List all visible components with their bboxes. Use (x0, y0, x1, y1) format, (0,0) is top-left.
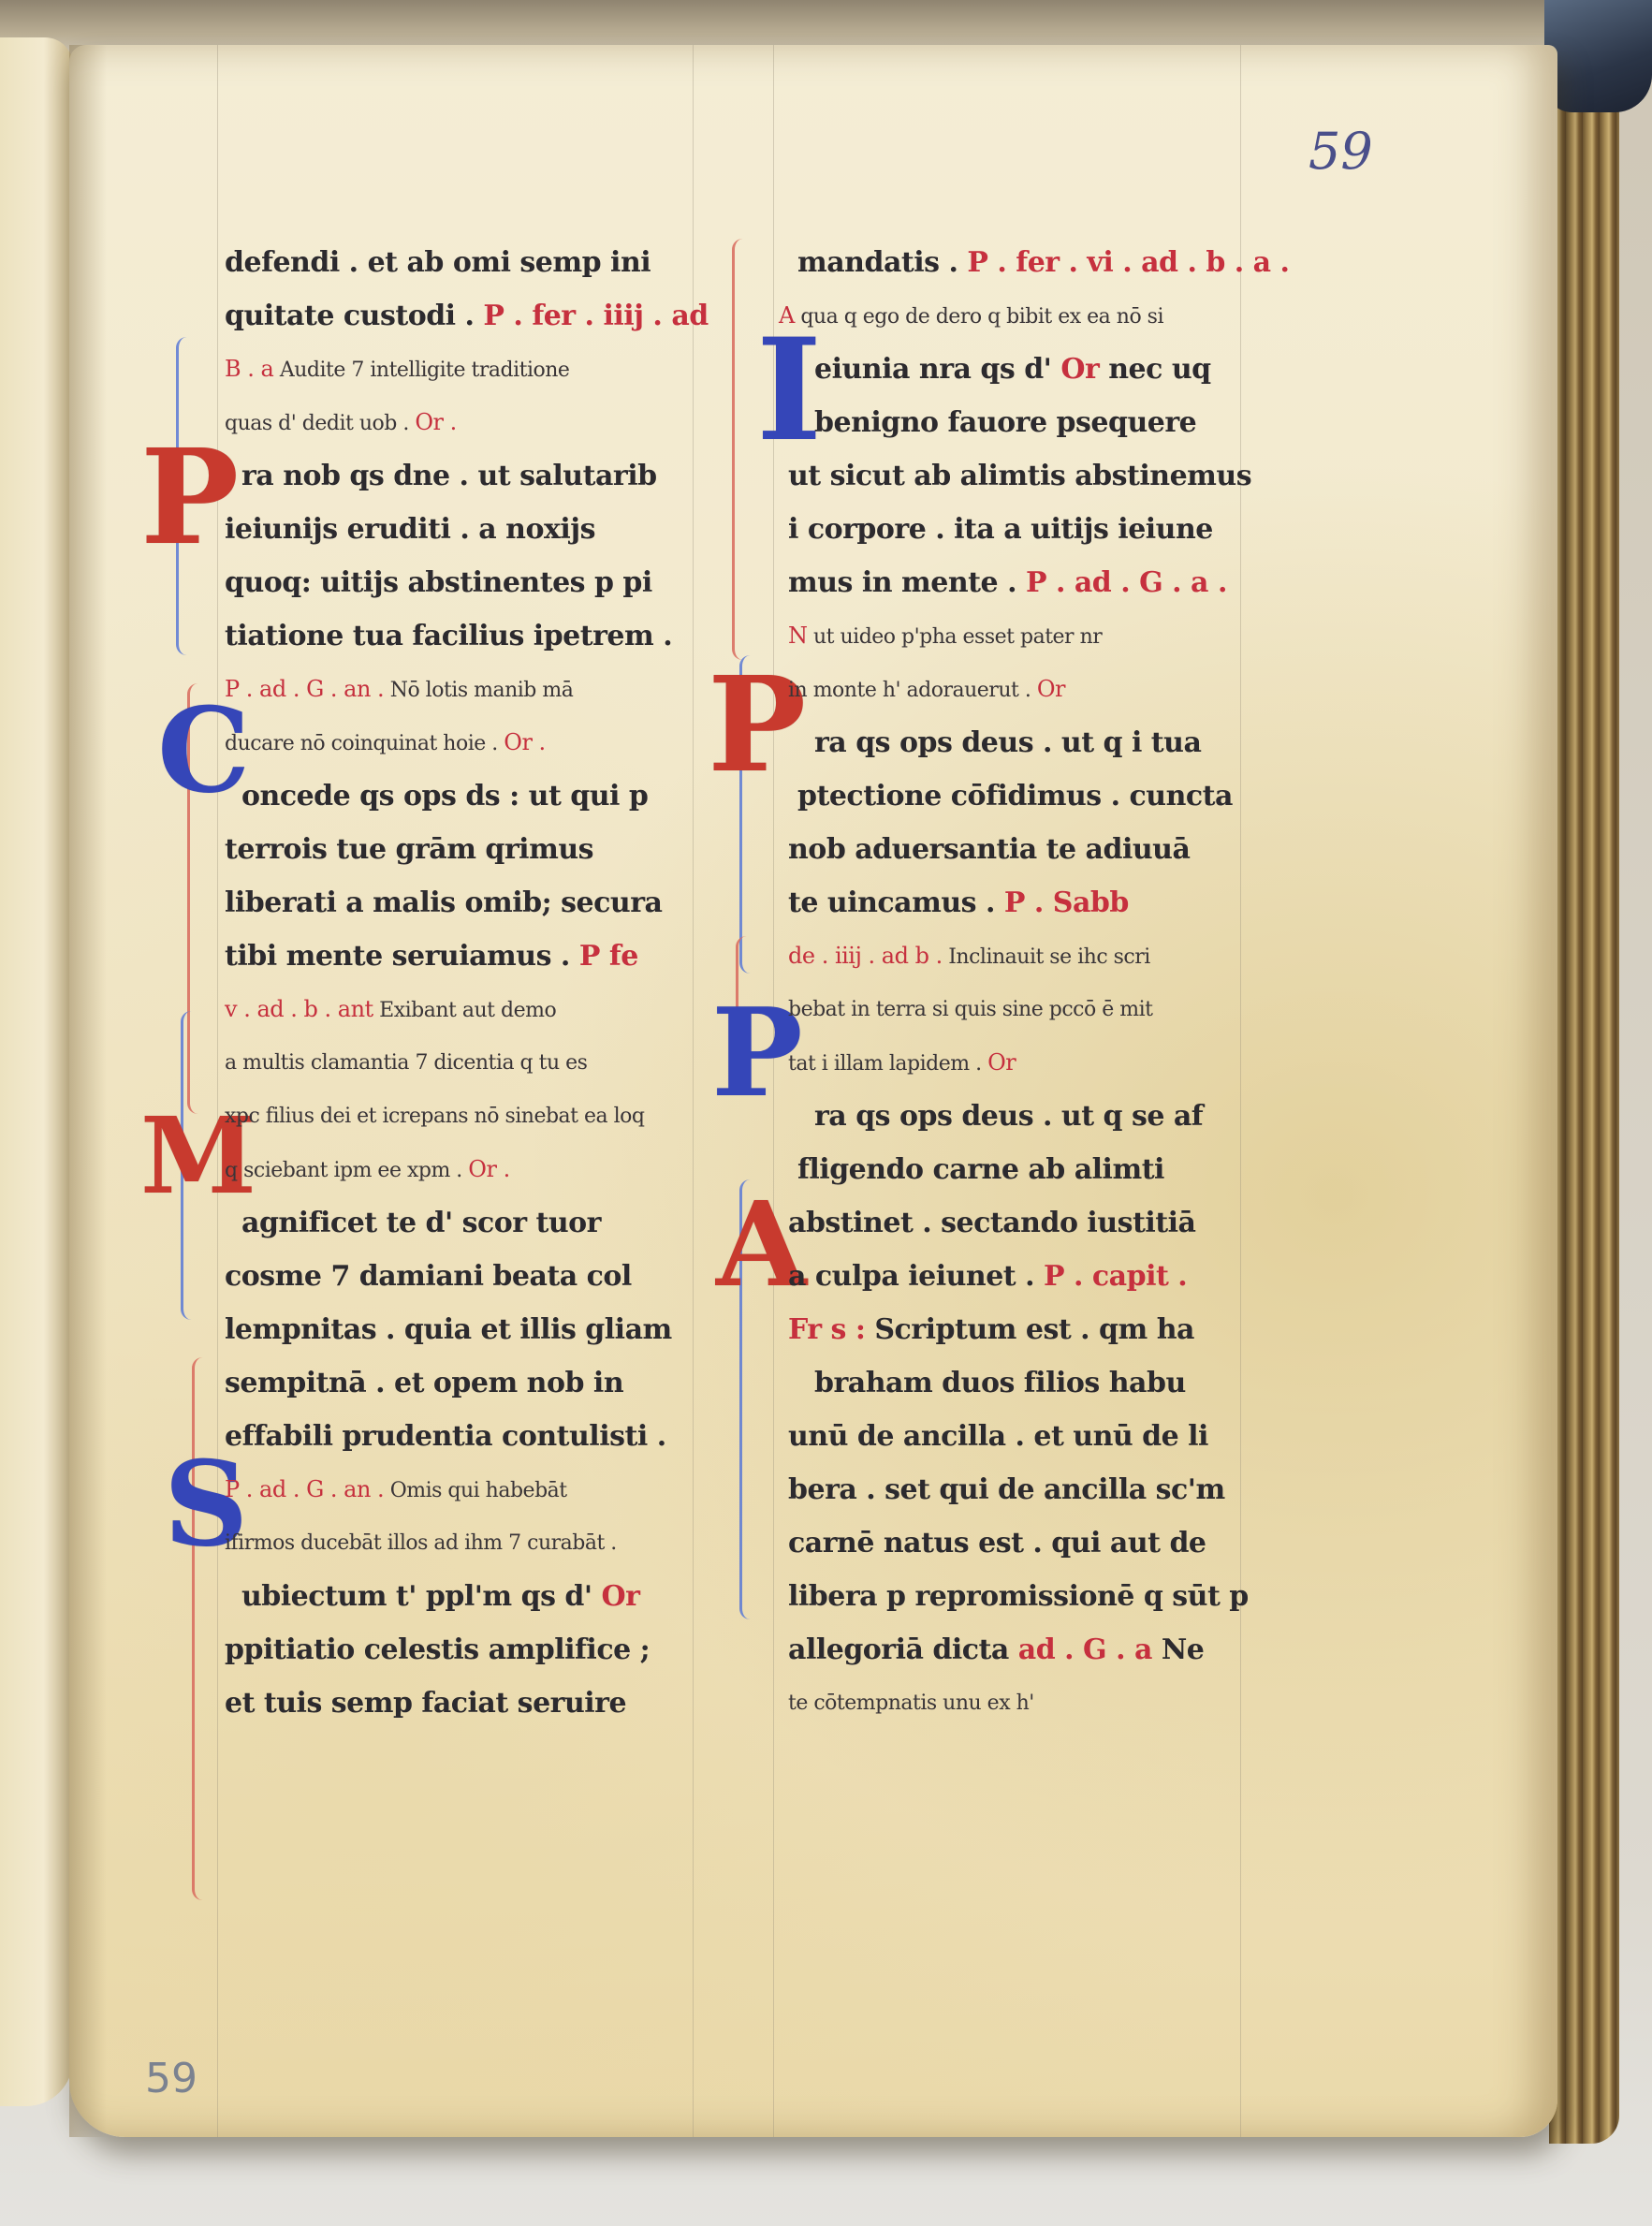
text-line: cosme 7 damiani beata col (225, 1250, 693, 1303)
binding-clasp (1544, 0, 1652, 112)
text-line: mus in mente . P . ad . G . a . (779, 556, 1247, 609)
text-line: bera . set qui de ancilla sc'm (779, 1463, 1247, 1516)
rubric: P fe (579, 940, 638, 973)
text-line: et tuis semp faciat seruire (225, 1677, 693, 1730)
text-line: ut sicut ab alimtis abstinemus (779, 449, 1247, 503)
text-line: P . ad . G . an . Omis qui habebāt (225, 1463, 693, 1516)
rubric: P . ad . G . an . (225, 1476, 384, 1502)
text-line: xpc filius dei et icrepans nō sinebat ea… (225, 1090, 693, 1143)
rubric: P . capit . (1044, 1260, 1187, 1293)
text-line: a multis clamantia 7 dicentia q tu es (225, 1036, 693, 1090)
text-line: q sciebant ipm ee xpm . Or . (225, 1143, 693, 1196)
red-penwork-flourish (732, 239, 753, 660)
text-line: benigno fauore psequere (779, 396, 1247, 449)
rubric: v . ad . b . ant (225, 996, 373, 1022)
text-line: mandatis . P . fer . vi . ad . b . a . (779, 236, 1247, 289)
text-line: ra qs ops deus . ut q se af (779, 1090, 1247, 1143)
text-column-right: mandatis . P . fer . vi . ad . b . a . A… (779, 236, 1247, 1730)
text-line: liberati a malis omib; secura (225, 876, 693, 930)
rubric: P . ad . G . a . (1026, 566, 1227, 599)
text-line: te uincamus . P . Sabb (779, 876, 1247, 930)
text-line: lempnitas . quia et illis gliam (225, 1303, 693, 1356)
rubric: Or (602, 1580, 640, 1613)
text-line: ubiectum t' ppl'm qs d' Or (225, 1570, 693, 1623)
folio-number-top: 59 (1308, 122, 1373, 181)
text-line: eiunia nra qs d' Or nec uq (779, 343, 1247, 396)
text-line: allegoriā dicta ad . G . a Ne (779, 1623, 1247, 1677)
rubric: Fr s : (788, 1313, 865, 1346)
text-line: agnificet te d' scor tuor (225, 1196, 693, 1250)
rubric: Or (1060, 353, 1099, 386)
text-line: carnē natus est . qui aut de (779, 1516, 1247, 1570)
text-line: ra nob qs dne . ut salutarib (225, 449, 693, 503)
text-line: ieiunijs eruditi . a noxijs (225, 503, 693, 556)
facing-leaf-edge (0, 37, 73, 2106)
text-line: sempitnā . et opem nob in (225, 1356, 693, 1410)
text-line: bebat in terra si quis sine pccō ē mit (779, 983, 1247, 1036)
text-line: de . iiij . ad b . Inclinauit se ihc scr… (779, 930, 1247, 983)
text-line: tat i illam lapidem . Or (779, 1036, 1247, 1090)
text-line: ra qs ops deus . ut q i tua (779, 716, 1247, 769)
text-line: v . ad . b . ant Exibant aut demo (225, 983, 693, 1036)
text-line: tiatione tua facilius ipetrem . (225, 609, 693, 663)
folio-number-bottom: 59 (145, 2055, 197, 2102)
text-line: ifirmos ducebāt illos ad ihm 7 curabāt . (225, 1516, 693, 1570)
text-line: quoq: uitijs abstinentes p pi (225, 556, 693, 609)
text-line: braham duos filios habu (779, 1356, 1247, 1410)
rubric: Or . (504, 729, 545, 755)
rubric: N (788, 622, 808, 649)
text-line: unū de ancilla . et unū de li (779, 1410, 1247, 1463)
gutter-shadow (69, 45, 107, 2137)
rubric: P . fer . iiij . ad (483, 300, 708, 332)
text-line: B . a Audite 7 intelligite traditione (225, 343, 693, 396)
ruling-line-center (693, 45, 694, 2137)
rubric: P . Sabb (1004, 886, 1129, 919)
text-line: oncede qs ops ds : ut qui p (225, 769, 693, 823)
text-line: Fr s : Scriptum est . qm ha (779, 1303, 1247, 1356)
rubric: Or . (468, 1156, 509, 1182)
text-column-left: defendi . et ab omi semp ini quitate cus… (225, 236, 693, 1730)
text-line: A qua q ego de dero q bibit ex ea nō si (779, 289, 1247, 343)
text-line: libera p repromissionē q sūt p (779, 1570, 1247, 1623)
ruling-line-left-outer (217, 45, 218, 2137)
text-line: ppitiatio celestis amplifice ; (225, 1623, 693, 1677)
text-line: ptectione cōfidimus . cuncta (779, 769, 1247, 823)
rubric: Or (1037, 676, 1065, 702)
text-line: fligendo carne ab alimti (779, 1143, 1247, 1196)
rubric: de . iiij . ad b . (788, 943, 943, 969)
text-line: i corpore . ita a uitijs ieiune (779, 503, 1247, 556)
text-line: a culpa ieiunet . P . capit . (779, 1250, 1247, 1303)
fore-edge-page-stack (1549, 66, 1619, 2144)
rubric: Or (987, 1049, 1016, 1076)
text-line: defendi . et ab omi semp ini (225, 236, 693, 289)
rubric: P . ad . G . an . (225, 676, 384, 702)
text-line: quas d' dedit uob . Or . (225, 396, 693, 449)
rubric: P . fer . vi . ad . b . a . (967, 246, 1289, 279)
text-line: effabili prudentia contulisti . (225, 1410, 693, 1463)
text-line: in monte h' adorauerut . Or (779, 663, 1247, 716)
rubric: Or . (415, 409, 456, 435)
rubric: ad . G . a (1018, 1633, 1152, 1666)
text-line: te cōtempnatis unu ex h' (779, 1677, 1247, 1730)
rubric: B . a (225, 356, 273, 382)
text-line: abstinet . sectando iustitiā (779, 1196, 1247, 1250)
text-line: terrois tue grām qrimus (225, 823, 693, 876)
text-line: N ut uideo p'pha esset pater nr (779, 609, 1247, 663)
text-line: nob aduersantia te adiuuā (779, 823, 1247, 876)
text-line: quitate custodi . P . fer . iiij . ad (225, 289, 693, 343)
text-line: tibi mente seruiamus . P fe (225, 930, 693, 983)
text-line: P . ad . G . an . Nō lotis manib mā (225, 663, 693, 716)
text-line: ducare nō coinquinat hoie . Or . (225, 716, 693, 769)
rubric: A (779, 302, 795, 329)
